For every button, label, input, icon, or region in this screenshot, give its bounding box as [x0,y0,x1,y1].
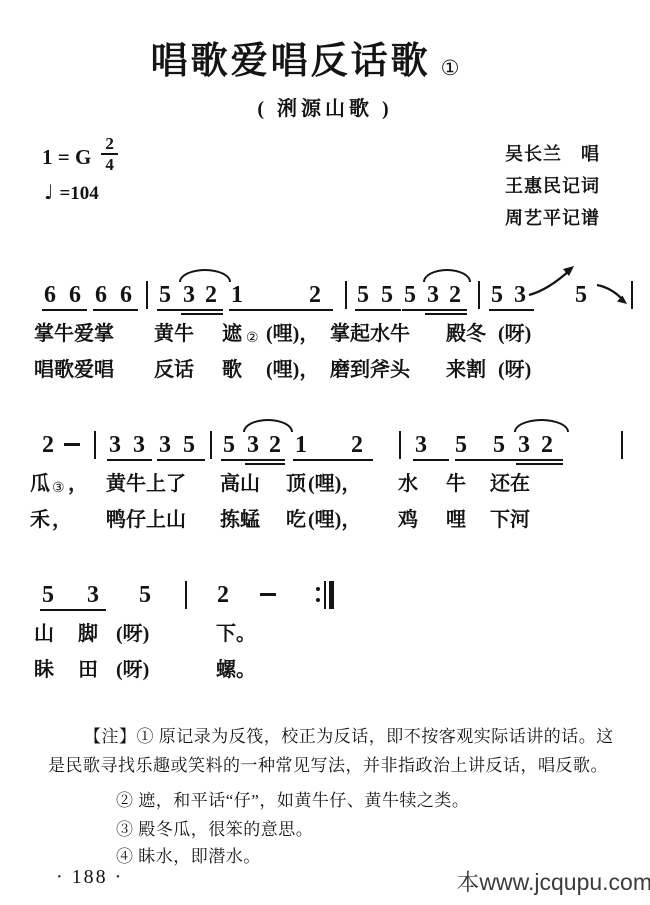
music-note: 3 [415,432,427,458]
lyric-syllable: ， [68,472,88,496]
lyric-syllable: (呀) [498,322,531,346]
beam-underline [413,459,449,461]
lyric-syllable: 脚 [78,622,98,646]
footnote-3: ③ 殿冬瓜，很笨的意思。 [116,815,313,840]
beam-underline [455,459,491,461]
music-note: 5 [42,582,54,608]
music-note: 3 [183,282,195,308]
music-note: 5 [159,282,171,308]
duration-dash [64,443,80,446]
lyric-syllable: 眛 [34,658,54,682]
music-note: 2 [449,282,461,308]
system-2: 233355321235532瓜③，黄牛上了高山顶(哩)，水牛还在禾，鸭仔上山拣… [0,432,650,562]
beam-underline [40,609,106,611]
slur-arc [243,419,293,432]
lyric-syllable: (呀) [498,358,531,382]
lyric-syllable: 吃 [286,508,306,532]
music-note: 3 [518,432,530,458]
music-note: 6 [95,282,107,308]
system-1: 66665321255532535掌牛爱掌黄牛遮②(哩)，掌起水牛殿冬(呀)唱歌… [0,282,650,412]
bar-line [478,281,480,309]
lyric-syllable: 黄牛上了 [106,472,186,496]
lyric-footnote-marker: ② [246,327,259,351]
watermark: 本www.jcqupu.com [456,864,650,897]
music-note: 3 [514,282,526,308]
music-note: 5 [183,432,195,458]
lyric-syllable: 磨到斧头 [330,358,410,382]
music-note: 2 [309,282,321,308]
duration-dash [260,593,276,596]
glissando-down-arrow-icon [594,282,632,313]
bar-line [399,431,401,459]
lyric-syllable: (哩)， [308,472,361,496]
lyric-syllable: 牛 [446,472,466,496]
lyric-syllable: 鸭仔上山 [106,508,186,532]
lyric-syllable: 歌 [222,358,242,382]
lyric-syllable: 拣蜢 [220,508,260,532]
lyric-syllable: 禾 [30,508,50,532]
footnote-2: ② 遮，和平话“仔”，如黄牛仔、黄牛犊之类。 [116,786,469,811]
lyric-syllable: (呀) [116,658,149,682]
music-note: 2 [351,432,363,458]
music-note: 2 [541,432,553,458]
lyric-syllable: 来割 [446,358,486,382]
music-note: 3 [247,432,259,458]
lyric-syllable: 殿冬 [446,322,486,346]
music-note: 5 [493,432,505,458]
music-note: 5 [357,282,369,308]
lyric-syllable: 遮 [222,322,242,346]
lyric-syllable: (哩)， [266,322,319,346]
lyric-syllable: 下。 [216,622,256,646]
music-note: 5 [455,432,467,458]
lyric-syllable: 山 [34,622,54,646]
slur-arc [514,419,569,432]
bar-line [185,581,187,609]
lyric-syllable: 田 [78,658,98,682]
lyric-syllable: 黄牛 [154,322,194,346]
lyric-syllable: 瓜 [30,472,50,496]
lyric-syllable: 反话 [154,358,194,382]
lyric-syllable: 顶 [286,472,306,496]
music-note: 5 [491,282,503,308]
music-note: 2 [42,432,54,458]
bar-line [210,431,212,459]
beam-underline [425,313,467,315]
page-number: · 188 · [56,866,123,889]
music-note: 2 [205,282,217,308]
bar-line [345,281,347,309]
beam-underline [229,309,333,311]
beam-underline [107,459,152,461]
beam-underline [157,459,205,461]
beam-underline [245,463,285,465]
lyric-syllable: (呀) [116,622,149,646]
beam-underline [293,459,373,461]
lyric-syllable: (哩)， [308,508,361,532]
lyric-syllable: 鸡 [398,508,418,532]
lyric-syllable: 哩 [446,508,466,532]
lyric-syllable: 掌起水牛 [330,322,410,346]
footnote-4: ④ 眛水，即潜水。 [116,842,261,867]
beam-underline [355,309,401,311]
music-note: 3 [427,282,439,308]
music-note: 3 [87,582,99,608]
lyric-syllable: 掌牛爱掌 [34,322,114,346]
glissando-up-arrow-icon [526,262,580,305]
beam-underline [491,459,563,461]
lyric-syllable: 下河 [490,508,530,532]
slur-arc [179,269,231,282]
beam-underline [181,313,223,315]
music-note: 3 [109,432,121,458]
end-repeat-barline [316,581,334,609]
system-3: 5352山脚(呀)下。眛田(呀)螺。 [0,582,650,712]
music-note: 2 [217,582,229,608]
bar-line [146,281,148,309]
lyric-syllable: 唱歌爱唱 [34,358,114,382]
footnote-1-line-1: 【注】① 原记录为反筏，校正为反话，即不按客观实际话讲的话。这 [84,722,614,747]
music-note: 3 [133,432,145,458]
music-note: 5 [404,282,416,308]
bar-line [621,431,623,459]
music-note: 5 [381,282,393,308]
lyric-syllable: 还在 [490,472,530,496]
music-note: 3 [159,432,171,458]
footnote-1-line-2: 是民歌寻找乐趣或笑料的一种常见写法，并非指政治上讲反话，唱反歌。 [48,751,608,776]
beam-underline [402,309,467,311]
lyric-syllable: 水 [398,472,418,496]
music-note: 5 [223,432,235,458]
bar-line [631,281,633,309]
music-note: 5 [139,582,151,608]
beam-underline [157,309,223,311]
beam-underline [93,309,138,311]
lyric-syllable: (哩)， [266,358,319,382]
music-note: 6 [44,282,56,308]
music-note: 2 [269,432,281,458]
lyric-syllable: 螺。 [216,658,256,682]
beam-underline [42,309,87,311]
beam-underline [221,459,285,461]
scanned-song-sheet: { "header": { "title": "唱歌爱唱反话歌", "title… [0,0,650,905]
music-note: 1 [231,282,243,308]
music-note: 5 [575,282,587,308]
beam-underline [516,463,563,465]
bar-line [94,431,96,459]
music-note: 6 [120,282,132,308]
music-note: 6 [69,282,81,308]
slur-arc [423,269,471,282]
lyric-syllable: ， [52,508,72,532]
music-note: 1 [295,432,307,458]
lyric-footnote-marker: ③ [52,477,65,501]
lyric-syllable: 高山 [220,472,260,496]
beam-underline [489,309,534,311]
